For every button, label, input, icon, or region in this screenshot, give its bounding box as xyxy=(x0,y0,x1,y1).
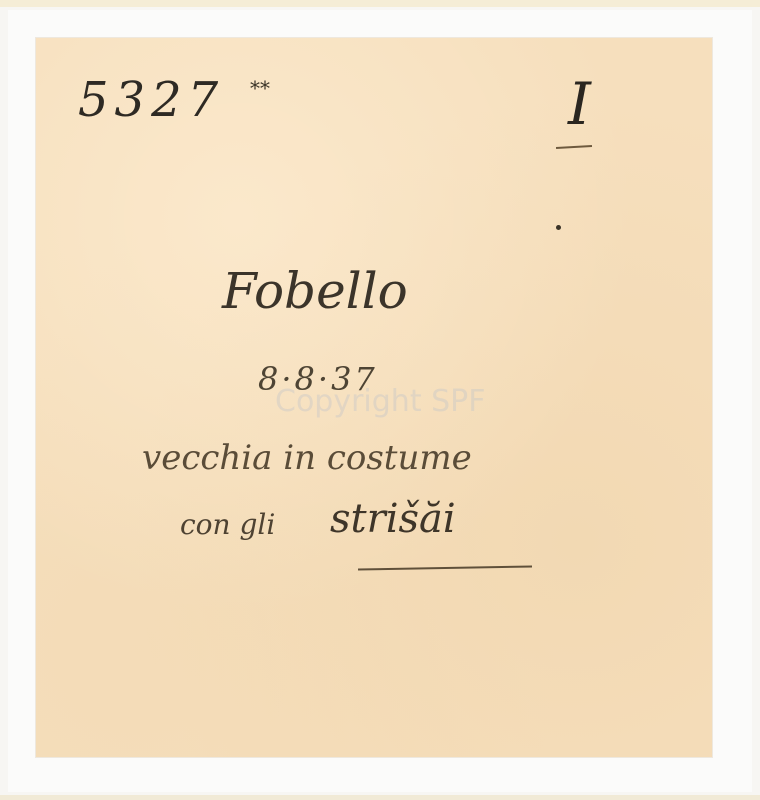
place-name: Fobello xyxy=(222,262,408,320)
bottom-edge-strip xyxy=(0,795,760,800)
roman-numeral: I xyxy=(568,70,591,138)
ink-dot xyxy=(556,225,561,230)
catalog-number: 5327 xyxy=(78,72,224,128)
description-line-1: vecchia in costume xyxy=(142,438,472,478)
description-line-2-prefix: con gli xyxy=(180,508,275,541)
description-term: strišăi xyxy=(330,496,456,542)
top-edge-strip xyxy=(0,0,760,7)
catalog-mark: ** xyxy=(250,76,270,100)
watermark: Copyright SPF xyxy=(275,384,486,419)
